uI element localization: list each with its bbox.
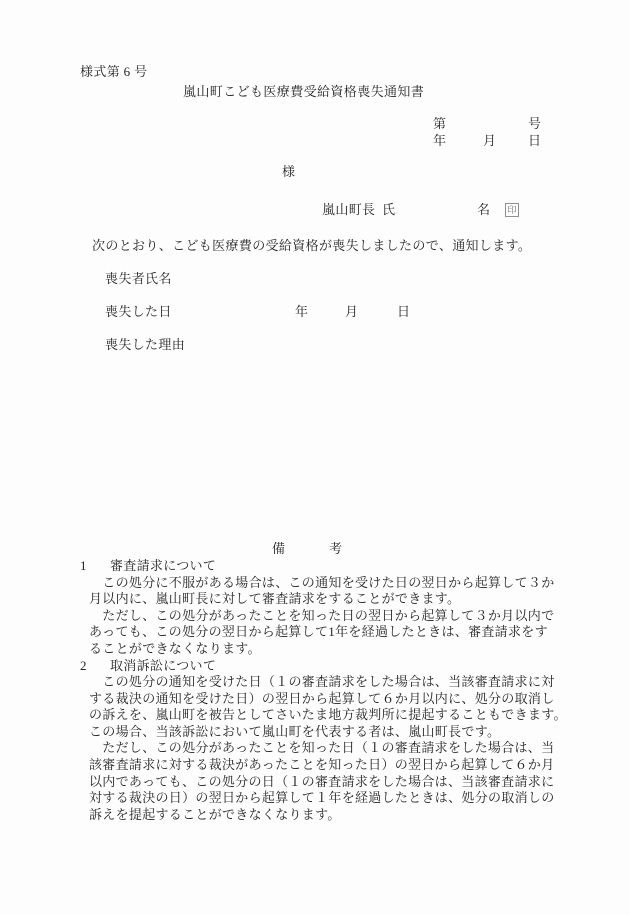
field-lost-reason-label: 喪失した理由 — [105, 338, 185, 352]
addressee-honorific: 様 — [282, 165, 295, 179]
remarks-text-line: する裁決の通知を受けた日）の翌日から起算して６か月以内に、処分の取消し — [89, 692, 555, 706]
issuer-given-name-label: 名 — [477, 203, 490, 217]
remarks-text-line: 月以内に、嵐山町長に対して審査請求をすることができます。 — [89, 592, 460, 606]
remarks-header-right: 考 — [329, 542, 342, 556]
body-text: 次のとおり、こども医療費の受給資格が喪失しましたので、通知します。 — [92, 239, 531, 253]
remarks-text-line: 該審査請求に対する裁決があったことを知った日）の翌日から起算して６か月 — [89, 758, 554, 772]
remarks-text-line: あっても、この処分の翌日から起算して1年を経過したときは、審査請求をす — [89, 625, 548, 639]
doc-number-prefix: 第 — [433, 117, 446, 131]
notification-document: 様式第 6 号 嵐山町こども医療費受給資格喪失通知書 第 号 年 月 日 様 嵐… — [0, 0, 630, 915]
remarks-section-1-number: 1 — [80, 559, 87, 573]
field-lost-date-month-label: 月 — [345, 305, 358, 319]
remarks-text-line: この場合、当該訴訟において嵐山町を代表する者は、嵐山町長です。 — [89, 725, 500, 739]
issuer-title: 嵐山町長 — [322, 203, 375, 217]
remarks-section-2-heading: 取消訴訟について — [110, 659, 216, 673]
field-lost-date-day-label: 日 — [397, 305, 410, 319]
issue-date-day-label: 日 — [528, 134, 541, 148]
remarks-text-line: 以内であっても、この処分の日（１の審査請求をした場合は、当該審査請求に — [89, 775, 554, 789]
remarks-text-line: ることができなくなります。 — [89, 642, 261, 656]
remarks-section-2-number: 2 — [80, 659, 87, 673]
remarks-text-line: この処分の通知を受けた日（１の審査請求をした場合は、当該審査請求に対 — [89, 675, 555, 689]
remarks-text-line: 対する裁決の日）の翌日から起算して１年を経過したときは、処分の取消しの — [89, 791, 555, 805]
remarks-text-line: ただし、この処分があったことを知った日（１の審査請求をした場合は、当 — [89, 741, 554, 755]
issue-date-month-label: 月 — [483, 134, 496, 148]
field-lost-date-year-label: 年 — [295, 305, 308, 319]
remarks-text-line: の訴えを、嵐山町を被告としてさいたま地方裁判所に提起することもできます。 — [89, 708, 567, 722]
issuer-surname-label: 氏 — [382, 203, 395, 217]
remarks-section-1-heading: 審査請求について — [110, 559, 216, 573]
doc-number-suffix: 号 — [528, 117, 541, 131]
form-number: 様式第 6 号 — [80, 65, 147, 79]
document-title: 嵐山町こども医療費受給資格喪失通知書 — [183, 85, 424, 99]
field-lost-date-label: 喪失した日 — [105, 305, 172, 319]
remarks-text-line: 訴えを提起することができなくなります。 — [89, 808, 341, 822]
field-lost-person-name-label: 喪失者氏名 — [105, 272, 172, 286]
seal-mark-icon: 印 — [505, 203, 519, 217]
issue-date-year-label: 年 — [433, 134, 446, 148]
remarks-text-line: ただし、この処分があったことを知った日の翌日から起算して３か月以内で — [89, 609, 554, 623]
remarks-text-line: この処分に不服がある場合は、この通知を受けた日の翌日から起算して３か — [89, 576, 555, 590]
remarks-header-left: 備 — [272, 542, 285, 556]
